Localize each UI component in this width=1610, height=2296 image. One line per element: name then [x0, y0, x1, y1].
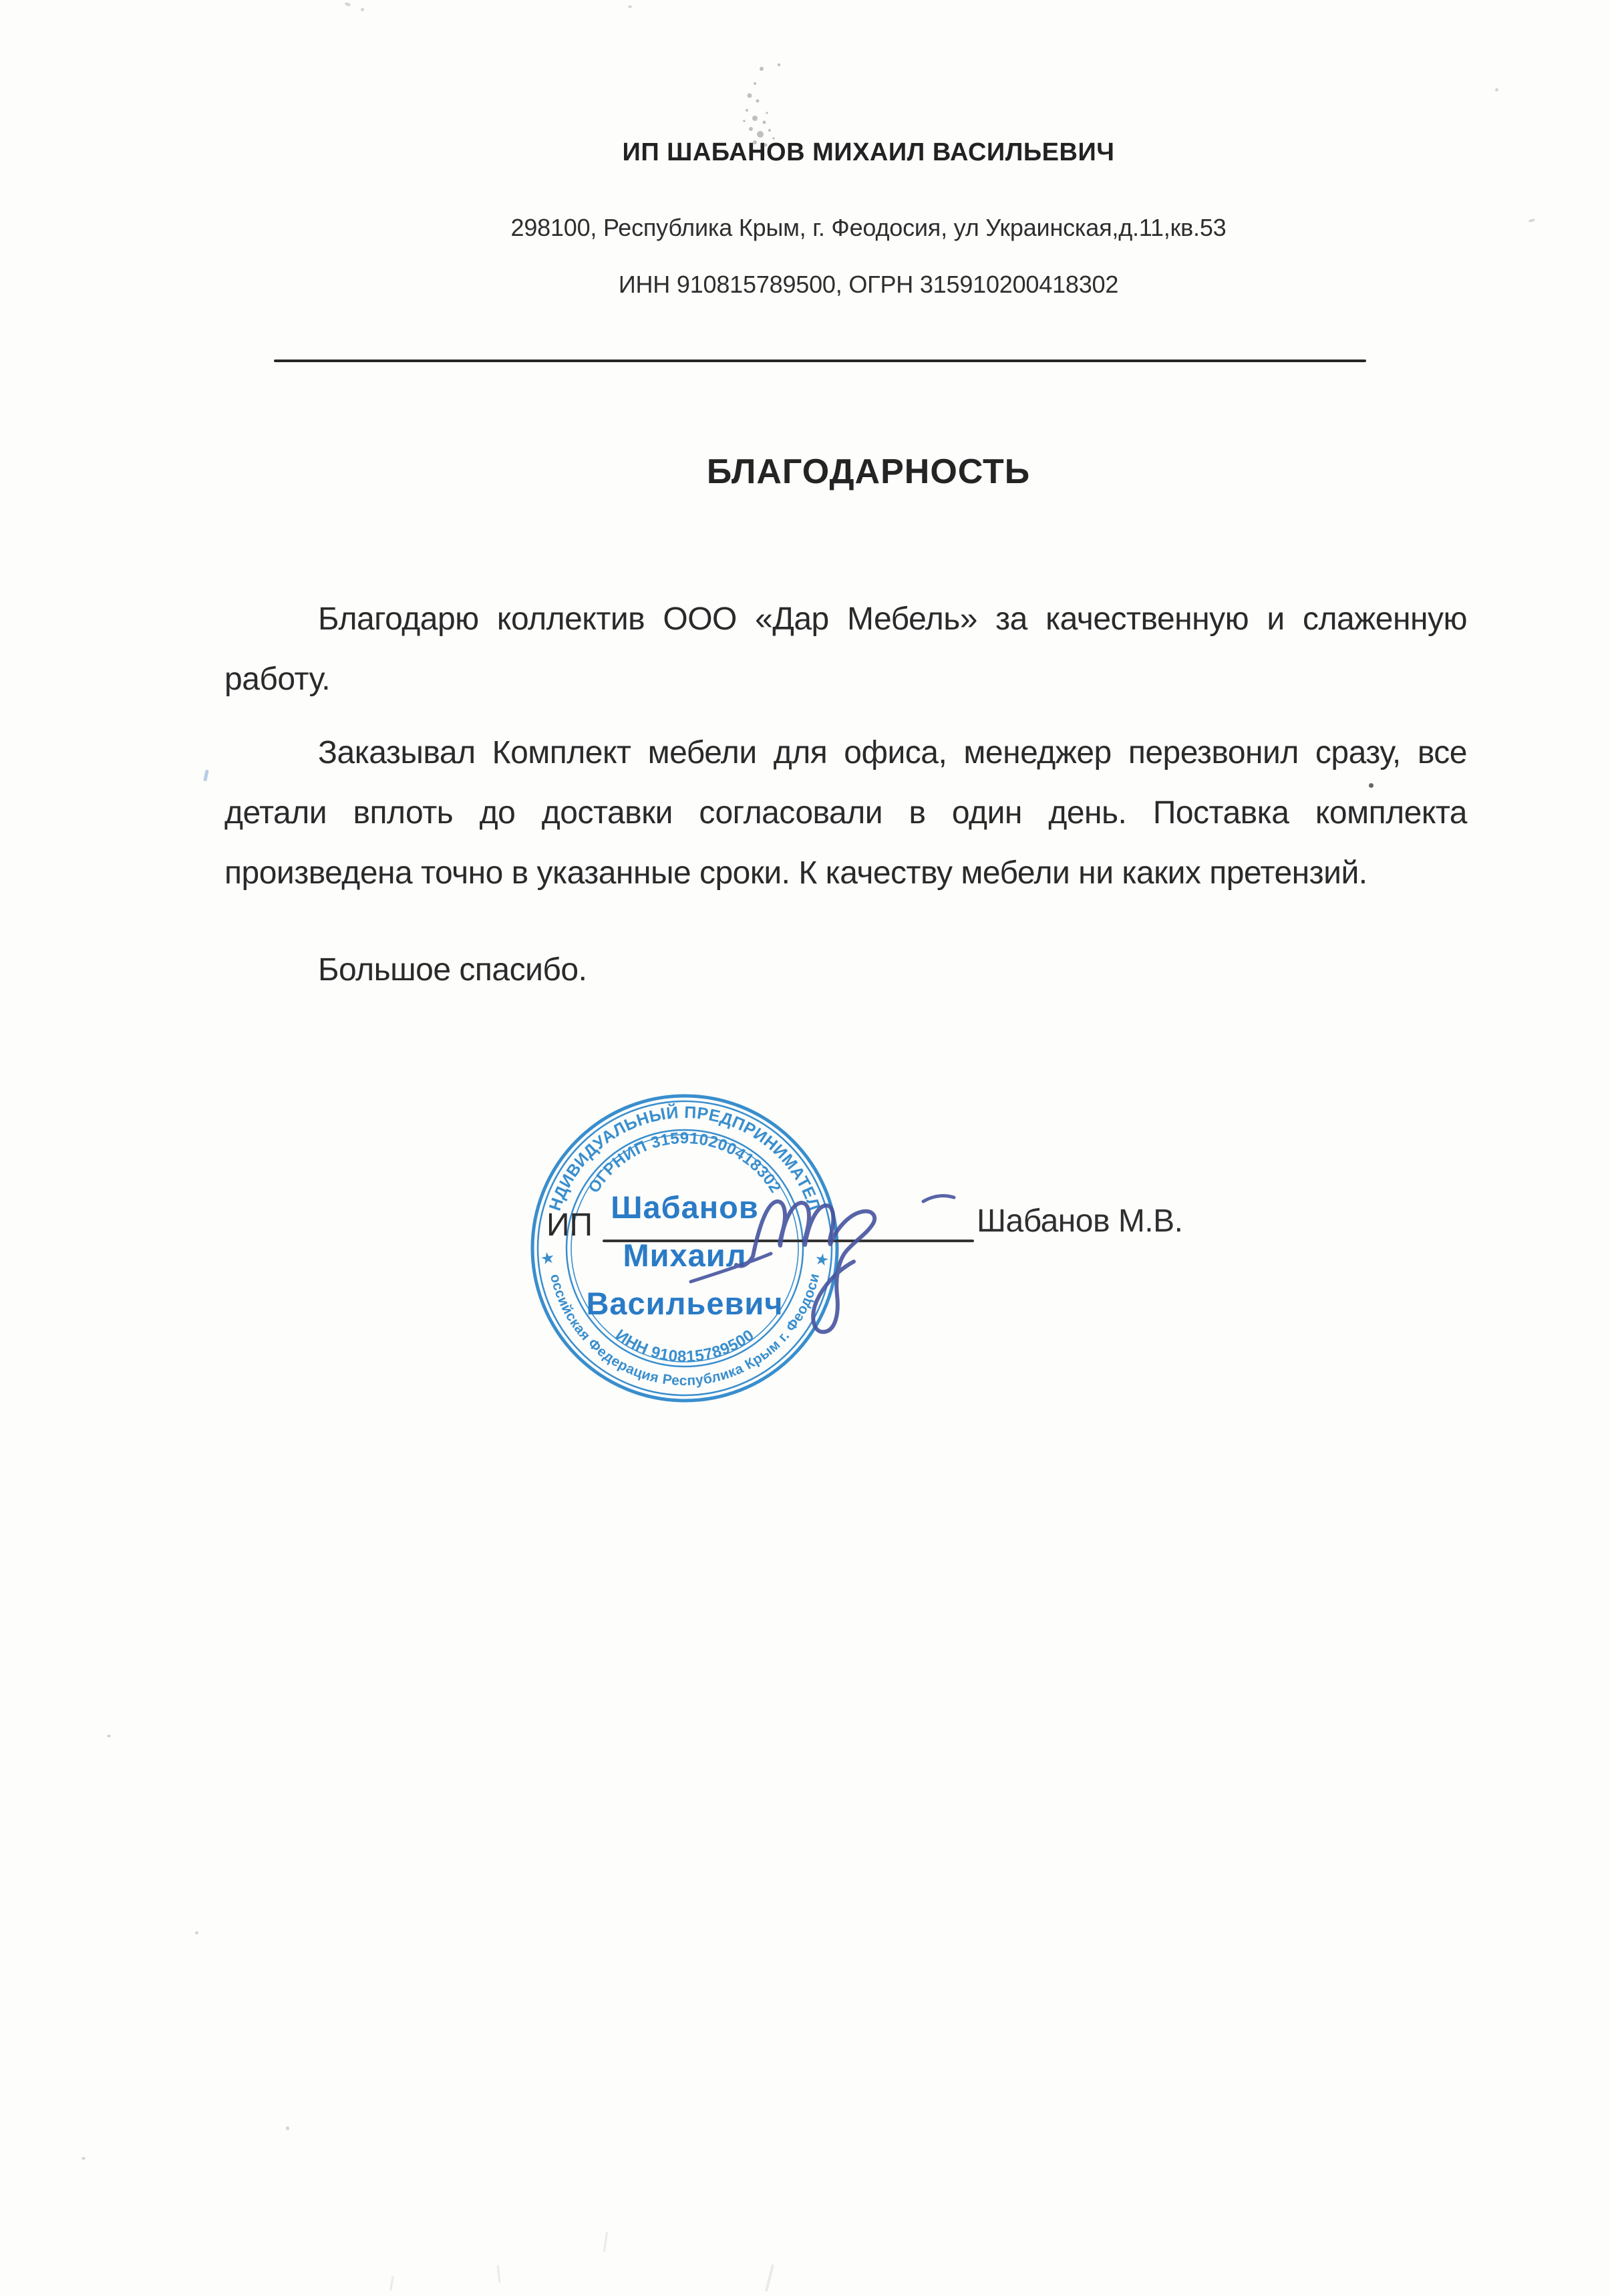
paragraph-line: Большое спасибо.: [224, 940, 1467, 1000]
scan-speck: [628, 5, 632, 8]
signatory-name: Шабанов М.В.: [977, 1203, 1182, 1240]
paragraph: Благодарю коллектив ООО «Дар Мебель» за …: [224, 589, 1467, 710]
paragraph-line: Заказывал Комплект мебели для офиса, мен…: [224, 723, 1467, 783]
scan-speck: [195, 1931, 198, 1934]
scanned-letter-page: ИП ШАБАНОВ МИХАИЛ ВАСИЛЬЕВИЧ 298100, Рес…: [0, 0, 1610, 2296]
paragraph-line: произведена точно в указанные сроки. К к…: [224, 843, 1467, 903]
scan-speck: [344, 2, 351, 7]
letter-title: БЛАГОДАРНОСТЬ: [127, 452, 1610, 492]
handwritten-signature: [681, 1156, 982, 1350]
signature-dash-stroke: [923, 1196, 954, 1201]
scan-streak: [497, 2265, 501, 2283]
scan-speck: [286, 2126, 289, 2130]
paragraph-line: детали вплоть до доставки согласовали в …: [224, 783, 1467, 843]
signature-flourish-stroke: [691, 1254, 771, 1282]
blue-ink-tick: [203, 770, 208, 782]
scan-speck: [82, 2157, 86, 2160]
scan-speck: [1495, 88, 1498, 92]
paragraph-line: работу.: [224, 650, 1467, 710]
paragraph: Заказывал Комплект мебели для офиса, мен…: [224, 723, 1467, 903]
scan-streak: [389, 2276, 394, 2291]
company-registration-numbers: ИНН 910815789500, ОГРН 315910200418302: [127, 271, 1610, 299]
company-name: ИП ШАБАНОВ МИХАИЛ ВАСИЛЬЕВИЧ: [127, 138, 1610, 167]
scan-streak: [603, 2232, 608, 2252]
signature-prefix: ИП: [546, 1207, 593, 1244]
scan-speck: [107, 1735, 111, 1737]
scan-speck: [361, 8, 364, 11]
paragraph: Большое спасибо.: [224, 940, 1467, 1000]
signature-main-stroke: [736, 1201, 874, 1332]
letterhead-divider: [274, 360, 1366, 362]
stamp-star-left-icon: ★: [539, 1248, 556, 1268]
paragraph-line: Благодарю коллектив ООО «Дар Мебель» за …: [224, 589, 1467, 650]
company-address: 298100, Республика Крым, г. Феодосия, ул…: [127, 214, 1610, 242]
letter-body: Благодарю коллектив ООО «Дар Мебель» за …: [224, 589, 1467, 1014]
scan-streak: [765, 2264, 774, 2292]
